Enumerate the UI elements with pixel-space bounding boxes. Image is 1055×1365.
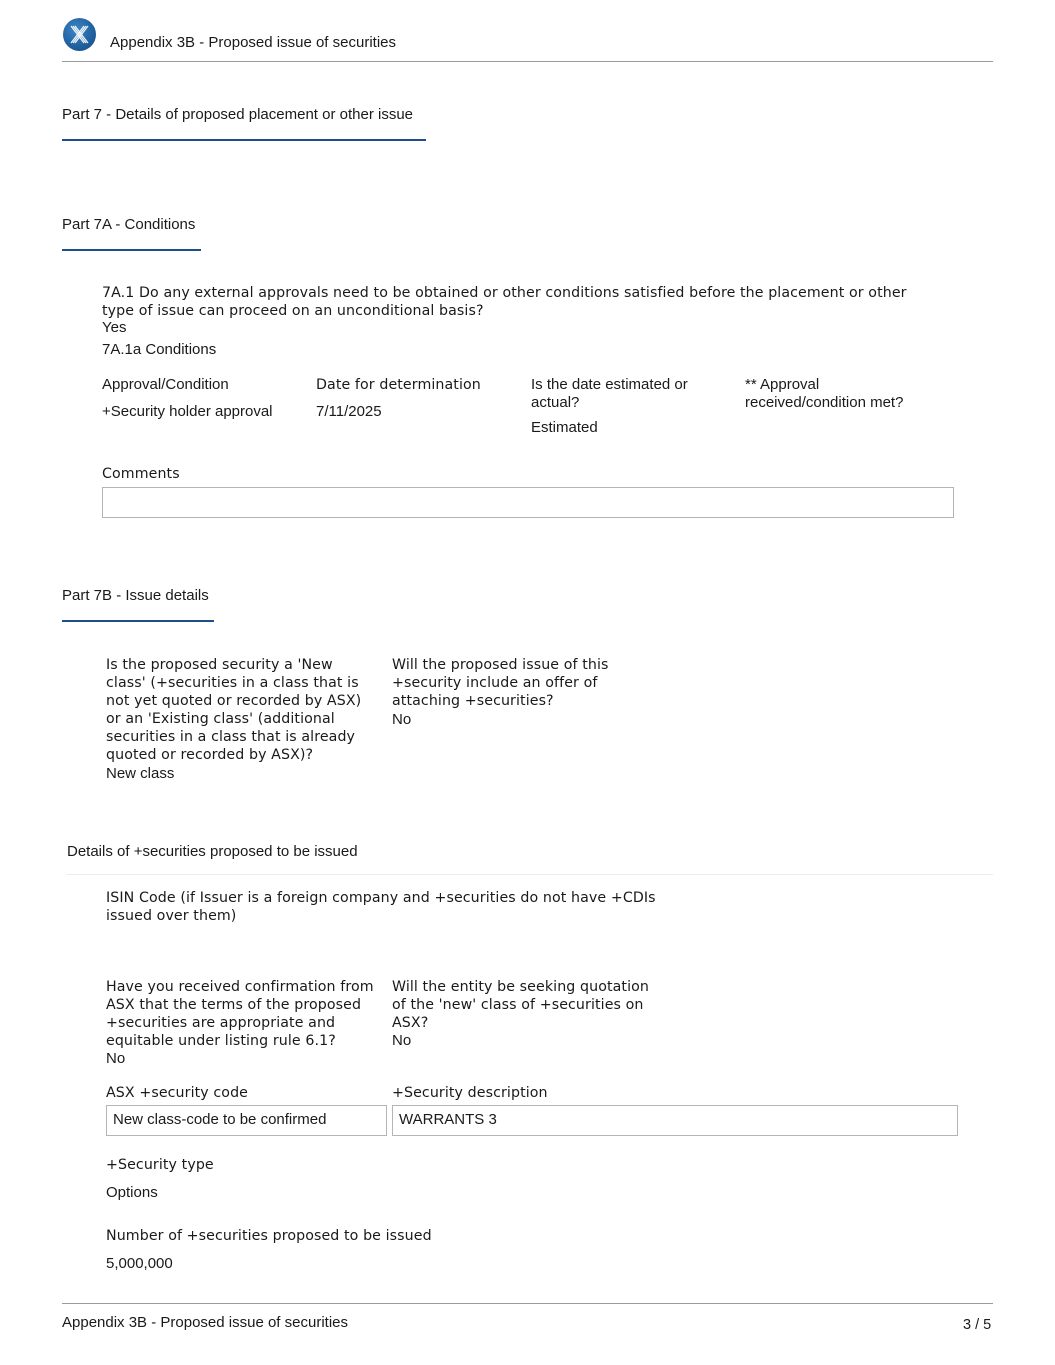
security-description-field[interactable]: WARRANTS 3: [392, 1105, 958, 1136]
header-title: Appendix 3B - Proposed issue of securiti…: [110, 34, 396, 51]
header-divider: [62, 61, 993, 62]
conditions-label: 7A.1a Conditions: [102, 341, 216, 358]
cell-estimated-actual: Estimated: [531, 419, 598, 436]
part7b-underline: [62, 620, 214, 622]
answer-confirmation-lr61: No: [106, 1050, 125, 1067]
security-code-field[interactable]: New class-code to be confirmed: [106, 1105, 387, 1136]
security-code-label: ASX +security code: [106, 1085, 248, 1101]
part7-underline: [62, 139, 426, 141]
question-seeking-quotation: Will the entity be seeking quotation of …: [392, 978, 672, 1032]
answer-new-class: New class: [106, 765, 174, 782]
column-header-approval-received: ** Approval received/condition met?: [745, 376, 945, 412]
part7a-underline: [62, 249, 201, 251]
column-header-date: Date for determination: [316, 376, 481, 394]
details-title: Details of +securities proposed to be is…: [67, 843, 358, 860]
question-attaching-securities: Will the proposed issue of this +securit…: [392, 656, 652, 710]
question-7a1: 7A.1 Do any external approvals need to b…: [102, 284, 962, 320]
column-header-approval-condition: Approval/Condition: [102, 376, 229, 394]
comments-field[interactable]: [102, 487, 954, 518]
answer-seeking-quotation: No: [392, 1032, 411, 1049]
column-header-estimated-actual: Is the date estimated or actual?: [531, 376, 721, 412]
part7-title: Part 7 - Details of proposed placement o…: [62, 106, 413, 123]
question-confirmation-lr61: Have you received confirmation from ASX …: [106, 978, 391, 1050]
security-description-label: +Security description: [392, 1085, 548, 1101]
number-to-issue-label: Number of +securities proposed to be iss…: [106, 1228, 432, 1244]
asx-logo-icon: [63, 18, 96, 51]
part7b-title: Part 7B - Issue details: [62, 587, 209, 604]
footer-divider: [62, 1303, 993, 1304]
question-new-class: Is the proposed security a 'New class' (…: [106, 656, 386, 764]
details-divider: [67, 874, 993, 875]
footer-title: Appendix 3B - Proposed issue of securiti…: [62, 1314, 348, 1331]
number-to-issue-value: 5,000,000: [106, 1255, 173, 1272]
cell-approval-condition: +Security holder approval: [102, 403, 273, 420]
page-number: 3 / 5: [963, 1317, 991, 1333]
part7a-title: Part 7A - Conditions: [62, 216, 195, 233]
answer-7a1: Yes: [102, 319, 126, 336]
answer-attaching-securities: No: [392, 711, 411, 728]
cell-date: 7/11/2025: [316, 403, 382, 420]
security-type-value: Options: [106, 1184, 158, 1201]
security-type-label: +Security type: [106, 1157, 214, 1173]
comments-label: Comments: [102, 466, 180, 482]
question-isin: ISIN Code (if Issuer is a foreign compan…: [106, 889, 706, 925]
